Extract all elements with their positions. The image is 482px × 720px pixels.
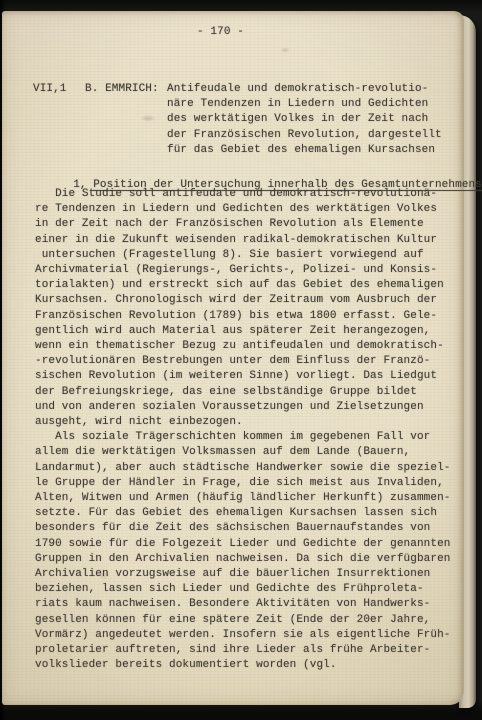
paragraph-2-line: setzte. Für das Gebiet des ehemaligen Ku…: [35, 506, 450, 521]
paragraph-1-line: torialakten) und erstreckt sich auf das …: [35, 278, 450, 293]
paragraph-2-line: Vormärz) angedeutet werden. Insofern sie…: [35, 628, 450, 643]
paragraph-2-line: volkslieder bereits dokumentiert worden …: [35, 658, 450, 673]
paragraph-2-line: gesellen können für eine spätere Zeit (E…: [35, 613, 450, 628]
paragraph-1-line: einer in die Zukunft weisenden radikal-d…: [35, 233, 450, 248]
paragraph-1-line: Die Studie soll antifeudale und demokrat…: [35, 187, 450, 202]
paragraph-1-line: der Befreiungskriege, das eine selbständ…: [35, 385, 450, 400]
scan-background: - 170 - VII,1 B. EMMRICH: Antifeudale un…: [0, 0, 482, 720]
paragraph-1-line: Französischen Revolution (1789) bis etwa…: [35, 309, 450, 324]
paragraph-1-line: in der Zeit nach der Französischen Revol…: [35, 217, 450, 232]
paragraph-2-line: riats kaum nachweisen. Besondere Aktivit…: [35, 597, 450, 612]
entry-title-line: der Französischen Revolution, dargestell…: [167, 128, 442, 143]
paragraph-2-line: 1790 sowie für die Folgezeit Lieder und …: [35, 537, 450, 552]
paragraph-1-line: und von anderen sozialen Voraussetzungen…: [35, 400, 450, 415]
paragraph-2-line: Gruppen in den Archivalien nachweisen. D…: [35, 552, 450, 567]
paragraph-2-line: beziehen, lassen sich Lieder und Gedicht…: [35, 582, 450, 597]
paragraph-1-line: re Tendenzen in Liedern und Gedichten de…: [35, 202, 450, 217]
paragraph-2-line: Landarmut), aber auch städtische Handwer…: [35, 461, 450, 476]
paragraph-2-line: Als soziale Trägerschichten kommen im ge…: [35, 430, 450, 445]
body-text: Die Studie soll antifeudale und demokrat…: [35, 187, 450, 674]
paragraph-1-line: wenn ein thematischer Bezug zu antifeuda…: [35, 339, 450, 354]
paragraph-2-line: Archivalien vorzugsweise auf die bäuerli…: [35, 567, 450, 582]
paragraph-1-line: -revolutionären Bestrebungen unter dem E…: [35, 354, 450, 369]
paragraph-2-line: proletarier auftreten, sind ihre Lieder …: [35, 643, 450, 658]
paragraph-2-line: allem die werktätigen Volksmassen auf de…: [35, 445, 450, 460]
entry-title-line: des werktätigen Volkes in der Zeit nach: [167, 112, 442, 127]
entry-title-line: Antifeudale und demokratisch-revolutio-: [167, 82, 442, 97]
page-number: - 170 -: [2, 26, 439, 38]
paragraph-1-line: sischen Revolution (im weiteren Sinne) v…: [35, 369, 450, 384]
entry-title-line: näre Tendenzen in Liedern und Gedichten: [167, 97, 442, 112]
document-page: - 170 - VII,1 B. EMMRICH: Antifeudale un…: [2, 11, 464, 705]
entry-index: VII,1: [33, 82, 85, 97]
entry-title: Antifeudale und demokratisch-revolutio-n…: [167, 82, 442, 158]
paragraph-2-line: Alten, Witwen und Armen (häufig ländlich…: [35, 491, 450, 506]
paragraph-1-line: gentlich wird auch Material aus späterer…: [35, 324, 450, 339]
paragraph-1-line: untersuchen (Fragestellung 8). Sie basie…: [35, 248, 450, 263]
paragraph-1-line: Archivmaterial (Regierungs-, Gerichts-, …: [35, 263, 450, 278]
paragraph-1-line: Kursachsen. Chronologisch wird der Zeitr…: [35, 293, 450, 308]
entry-author: B. EMMRICH:: [85, 82, 167, 97]
paragraph-2-line: besonders für die Zeit des sächsischen B…: [35, 521, 450, 536]
entry-title-line: für das Gebiet des ehemaligen Kursachsen: [167, 143, 442, 158]
paragraph-1-line: ausgeht, wird nicht einbezogen.: [35, 415, 450, 430]
paper-stain: [280, 47, 290, 53]
paragraph-2-line: le Gruppe der Händler in Frage, die sich…: [35, 476, 450, 491]
bibliography-entry: VII,1 B. EMMRICH: Antifeudale und demokr…: [33, 82, 442, 158]
